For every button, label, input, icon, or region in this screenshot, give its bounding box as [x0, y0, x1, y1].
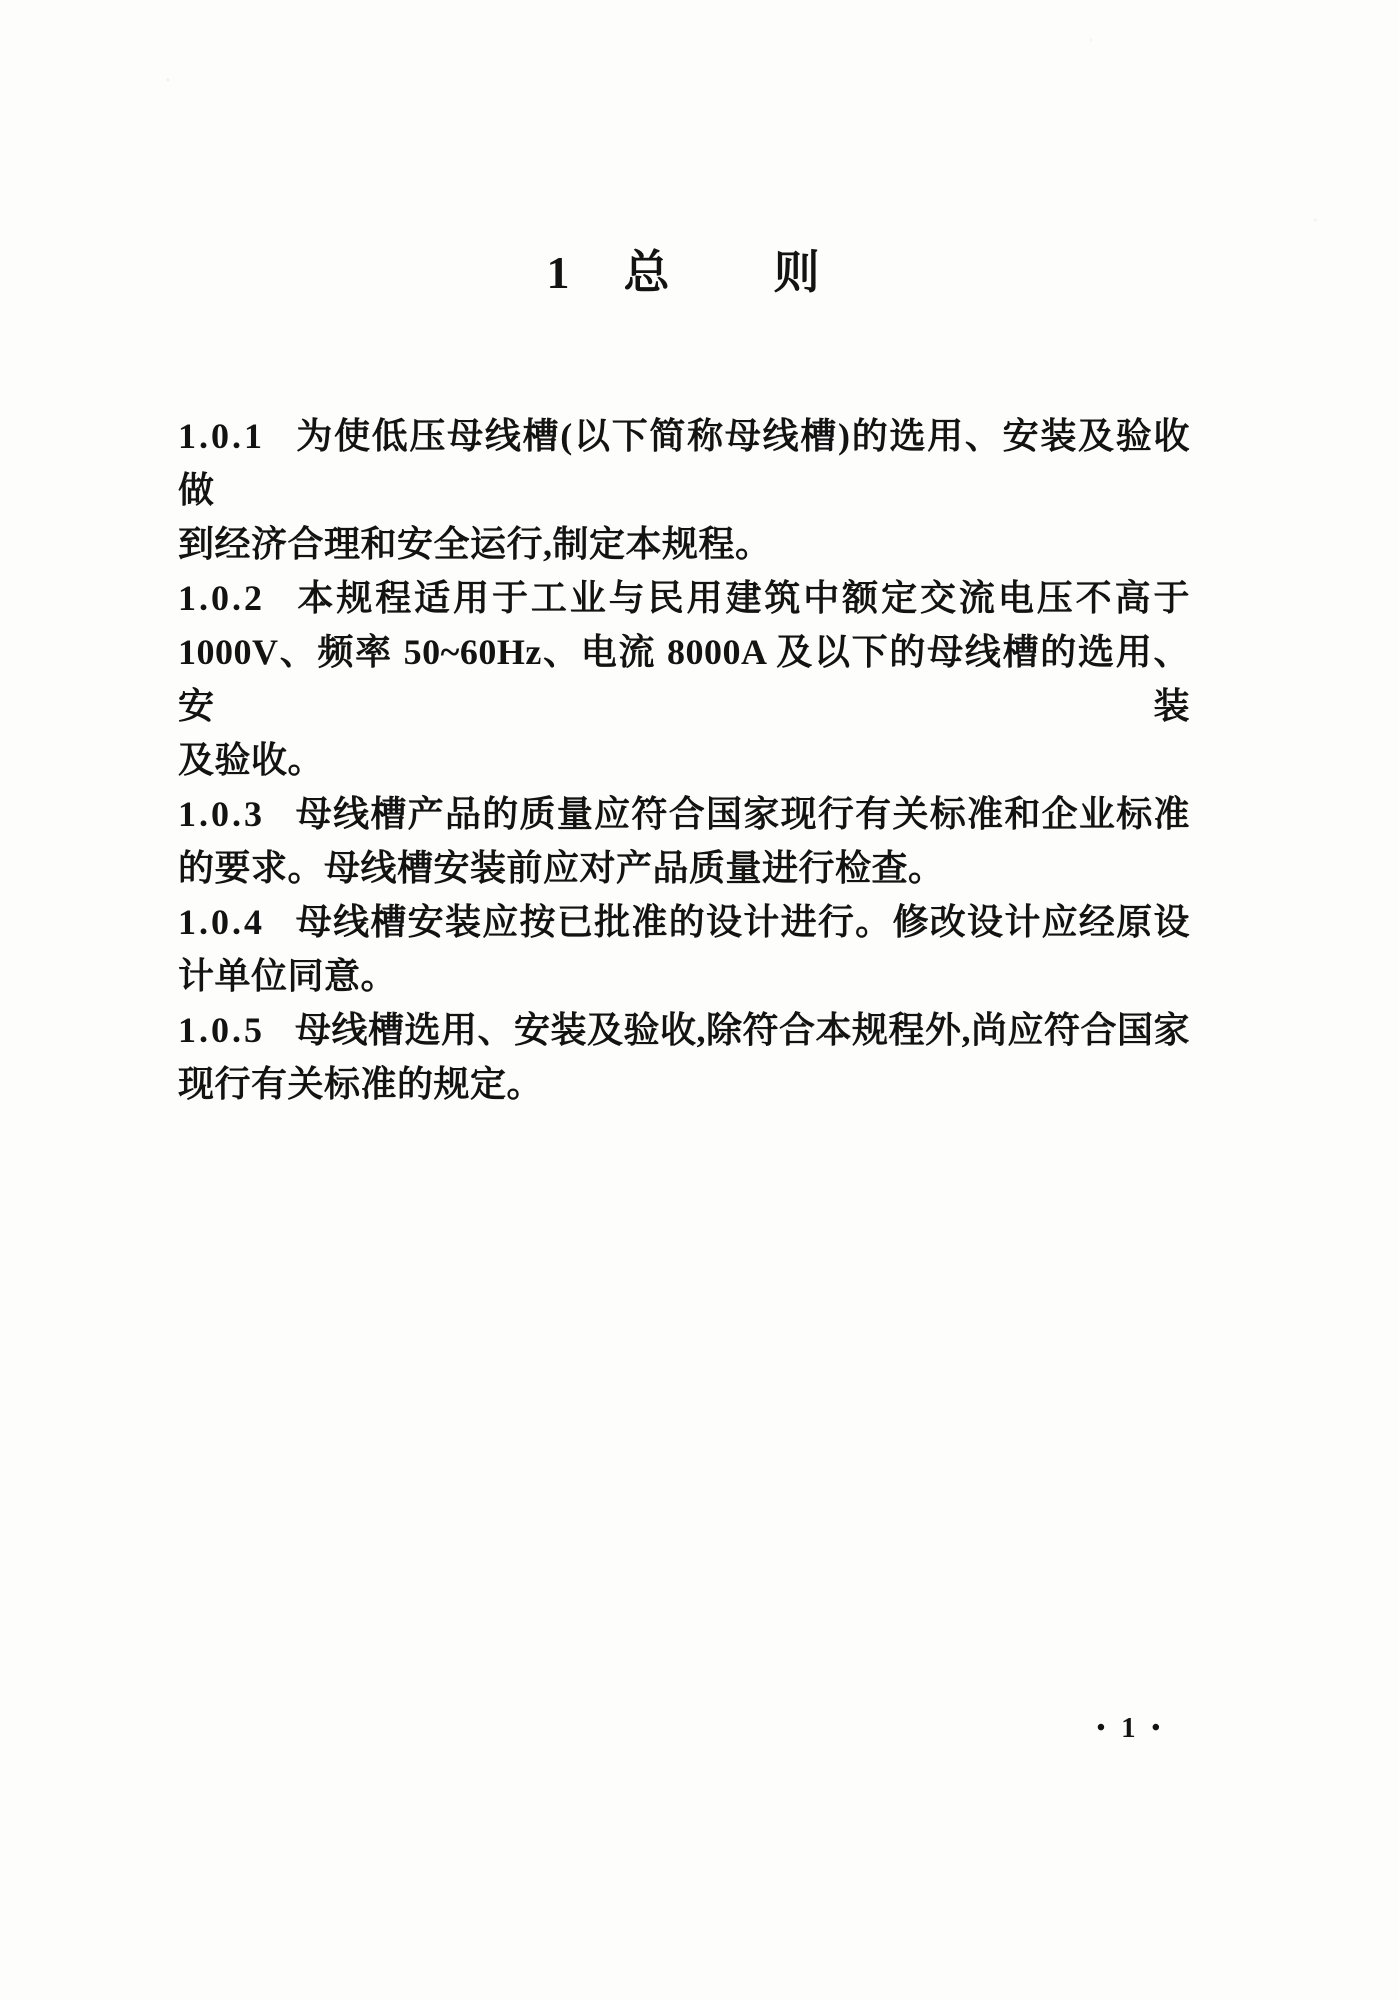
clause-number: 1.0.2 [178, 578, 265, 618]
clause-line: 的要求。母线槽安装前应对产品质量进行检查。 [178, 841, 1190, 895]
clause-number: 1.0.5 [178, 1010, 265, 1050]
clause-line: 及验收。 [178, 733, 1190, 787]
clause-1-0-3: 1.0.3母线槽产品的质量应符合国家现行有关标准和企业标准 的要求。母线槽安装前… [178, 787, 1190, 895]
chapter-title-word: 总 [624, 246, 672, 300]
clause-line: 1.0.3母线槽产品的质量应符合国家现行有关标准和企业标准 [178, 787, 1190, 841]
chapter-number: 1 [547, 246, 572, 300]
page-number-footer: •1• [178, 1708, 1190, 1748]
clause-line: 现行有关标准的规定。 [178, 1057, 1190, 1111]
clause-number: 1.0.3 [178, 794, 265, 834]
footer-dot-left: • [1097, 1715, 1105, 1741]
clause-line: 1.0.1为使低压母线槽(以下简称母线槽)的选用、安装及验收做 [178, 409, 1190, 517]
clause-line: 到经济合理和安全运行,制定本规程。 [178, 517, 1190, 571]
clause-line: 1.0.2本规程适用于工业与民用建筑中额定交流电压不高于 [178, 571, 1190, 625]
clause-text: 本规程适用于工业与民用建筑中额定交流电压不高于 [295, 578, 1190, 618]
clause-line: 计单位同意。 [178, 949, 1190, 1003]
clause-line: 1.0.4母线槽安装应按已批准的设计进行。修改设计应经原设 [178, 895, 1190, 949]
clause-1-0-4: 1.0.4母线槽安装应按已批准的设计进行。修改设计应经原设 计单位同意。 [178, 895, 1190, 1003]
clause-line: 1000V、频率 50~60Hz、电流 8000A 及以下的母线槽的选用、安装 [178, 625, 1190, 733]
clause-1-0-1: 1.0.1为使低压母线槽(以下简称母线槽)的选用、安装及验收做 到经济合理和安全… [178, 409, 1190, 571]
clause-1-0-5: 1.0.5母线槽选用、安装及验收,除符合本规程外,尚应符合国家 现行有关标准的规… [178, 1003, 1190, 1111]
clause-text: 母线槽选用、安装及验收,除符合本规程外,尚应符合国家 [295, 1010, 1190, 1050]
clause-number: 1.0.4 [178, 902, 265, 942]
clause-text: 母线槽安装应按已批准的设计进行。修改设计应经原设 [295, 902, 1190, 942]
body-text: 1.0.1为使低压母线槽(以下简称母线槽)的选用、安装及验收做 到经济合理和安全… [178, 409, 1190, 1111]
clause-1-0-2: 1.0.2本规程适用于工业与民用建筑中额定交流电压不高于 1000V、频率 50… [178, 571, 1190, 787]
scanned-page: 1 总 则 1.0.1为使低压母线槽(以下简称母线槽)的选用、安装及验收做 到经… [0, 0, 1399, 2000]
clause-text: 母线槽产品的质量应符合国家现行有关标准和企业标准 [295, 794, 1190, 834]
clause-number: 1.0.1 [178, 416, 265, 456]
chapter-title: 1 总 则 [178, 246, 1190, 300]
clause-line: 1.0.5母线槽选用、安装及验收,除符合本规程外,尚应符合国家 [178, 1003, 1190, 1057]
footer-dot-right: • [1152, 1715, 1160, 1741]
page-number: 1 [1121, 1712, 1136, 1744]
clause-text: 为使低压母线槽(以下简称母线槽)的选用、安装及验收做 [178, 416, 1190, 510]
chapter-title-word: 则 [774, 246, 822, 300]
